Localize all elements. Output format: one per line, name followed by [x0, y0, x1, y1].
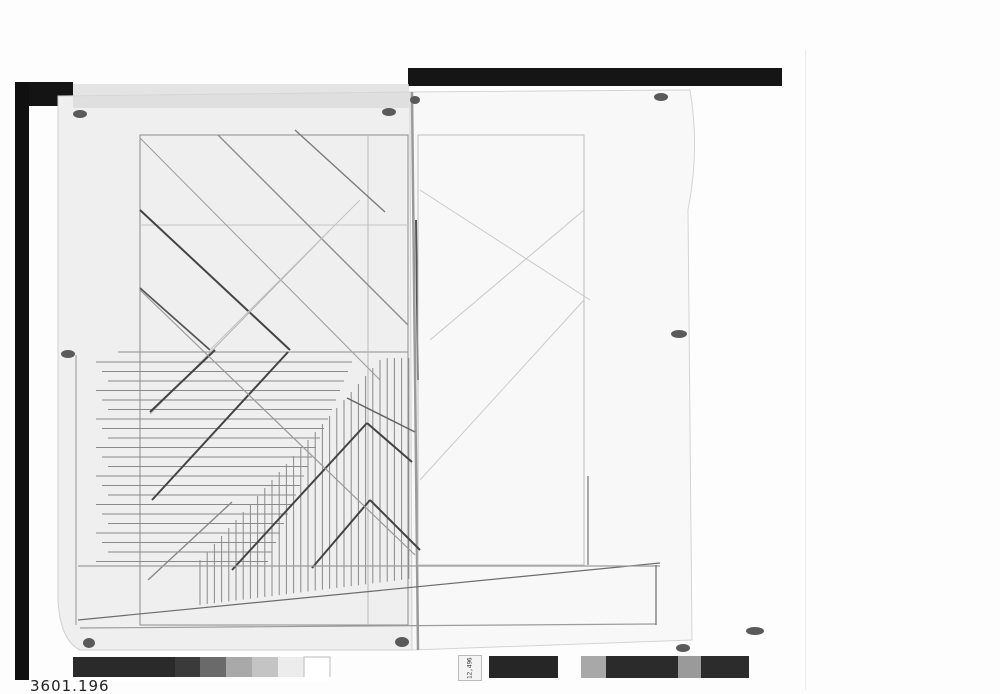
- pin-icon: [83, 638, 95, 648]
- scale-label: 12,496: [458, 655, 482, 681]
- gray-patch: [606, 656, 678, 678]
- catalog-number: 3601.196: [30, 678, 110, 694]
- pin-icon: [382, 108, 396, 116]
- gray-patch: [73, 657, 175, 679]
- gray-patch: [489, 656, 558, 678]
- gray-patch: [581, 656, 606, 678]
- pin-icon: [395, 637, 409, 647]
- pin-icon: [654, 93, 668, 101]
- tracing-sheet-top-band: [73, 84, 409, 108]
- gray-patch: [701, 656, 749, 678]
- gray-patch: [252, 657, 278, 679]
- gray-patch: [278, 657, 304, 679]
- grayscale-strip-right: [489, 656, 749, 678]
- gray-patch: [678, 656, 701, 678]
- frame-left: [15, 82, 29, 680]
- gray-patch: [175, 657, 200, 679]
- gray-patch: [226, 657, 252, 679]
- pin-icon: [410, 96, 420, 104]
- pin-icon: [746, 627, 764, 635]
- grayscale-strip-left: [73, 657, 330, 679]
- gray-patch: [200, 657, 226, 679]
- gray-patch: [304, 657, 330, 679]
- scanned-drawing: [0, 0, 1000, 694]
- frame-top-right: [408, 68, 782, 86]
- pin-icon: [671, 330, 687, 338]
- pin-icon: [61, 350, 75, 358]
- frame-bottom: [73, 677, 333, 681]
- pin-icon: [73, 110, 87, 118]
- board-right-edge: [805, 50, 806, 690]
- pin-icon: [676, 644, 690, 652]
